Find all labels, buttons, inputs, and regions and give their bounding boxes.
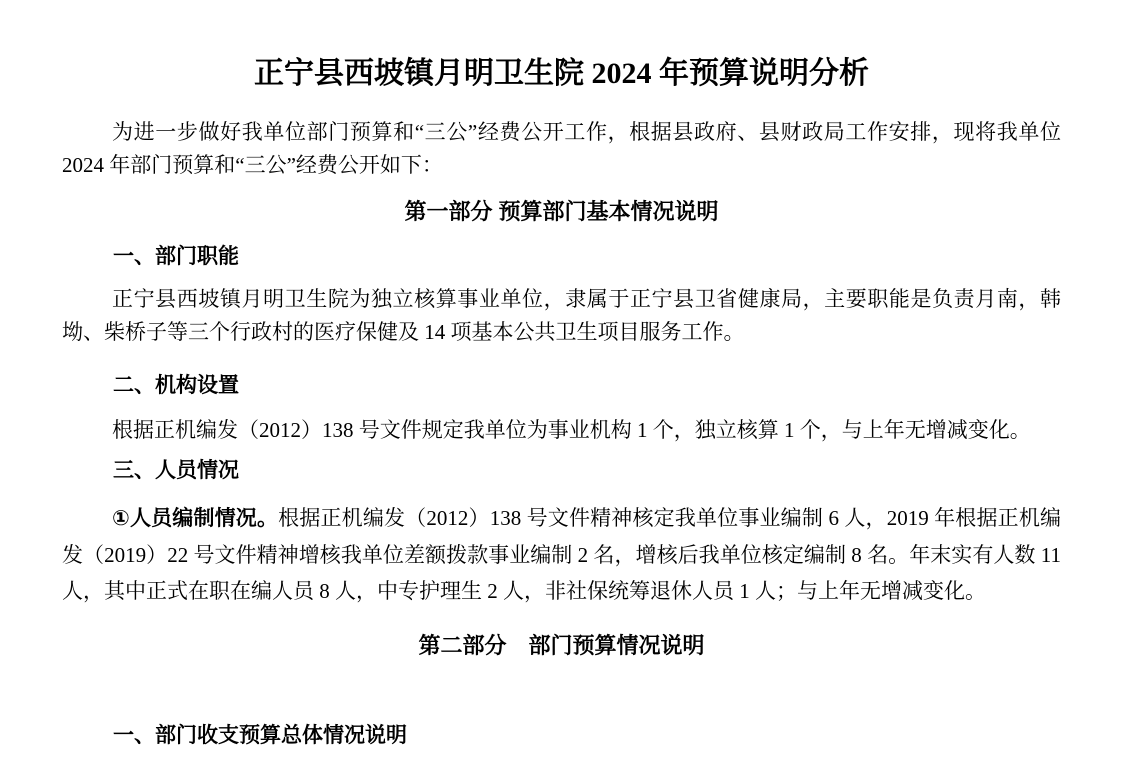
document-title: 正宁县西坡镇月明卫生院 2024 年预算说明分析	[62, 52, 1061, 96]
section-heading-budget-overview: 一、部门收支预算总体情况说明	[62, 719, 1061, 752]
section-heading-department-duties: 一、部门职能	[62, 240, 1061, 273]
part1-heading: 第一部分 预算部门基本情况说明	[62, 195, 1061, 228]
part2-heading: 第二部分 部门预算情况说明	[62, 629, 1061, 662]
section-heading-organization-setup: 二、机构设置	[62, 369, 1061, 402]
section-heading-personnel: 三、人员情况	[62, 454, 1061, 487]
document-page: 正宁县西坡镇月明卫生院 2024 年预算说明分析 为进一步做好我单位部门预算和“…	[0, 0, 1123, 779]
section-body-organization-setup: 根据正机编发（2012）138 号文件规定我单位为事业机构 1 个，独立核算 1…	[62, 414, 1061, 447]
section-body-department-duties: 正宁县西坡镇月明卫生院为独立核算事业单位，隶属于正宁县卫省健康局，主要职能是负责…	[62, 283, 1061, 349]
personnel-staffing-lead-label: ①人员编制情况。	[112, 507, 278, 530]
intro-paragraph: 为进一步做好我单位部门预算和“三公”经费公开工作，根据县政府、县财政局工作安排，…	[62, 116, 1061, 182]
section-body-personnel: ①人员编制情况。根据正机编发（2012）138 号文件精神核定我单位事业编制 6…	[62, 500, 1061, 609]
